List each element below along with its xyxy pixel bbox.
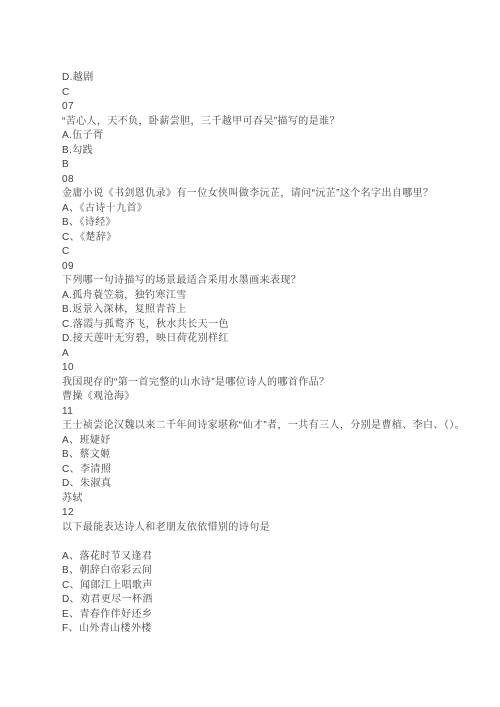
answer-line: A xyxy=(62,347,470,362)
question-number: 11 xyxy=(62,405,470,420)
option-line: B.勾践 xyxy=(62,144,470,159)
question-text: 以下最能表达诗人和老朋友依依惜别的诗句是 xyxy=(62,521,470,536)
question-text: 金庸小说《书剑恩仇录》有一位女侠叫做李沅芷，请问“沅芷”这个名字出自哪里？ xyxy=(62,187,470,202)
option-line: C、《楚辞》 xyxy=(62,231,470,246)
prev-question-option: D.越剧 xyxy=(62,71,470,86)
option-line: B、《诗经》 xyxy=(62,216,470,231)
question-text: 王士祯尝论汉魏以来二千年间诗家堪称“仙才”者，一共有三人，分别是曹植、李白、（）… xyxy=(62,419,470,434)
option-line: C、闻郎江上唱歌声 xyxy=(62,579,470,594)
option-line: A、《古诗十九首》 xyxy=(62,202,470,217)
option-line: D、劝君更尽一杯酒 xyxy=(62,593,470,608)
option-line: C.落霞与孤鹜齐飞，秋水共长天一色 xyxy=(62,318,470,333)
option-line: B、蔡文姬 xyxy=(62,448,470,463)
option-line: D.接天莲叶无穷碧，映日荷花别样红 xyxy=(62,332,470,347)
quiz-body: D.越剧C07“苦心人，天不负，卧薪尝胆，三千越甲可吞吴”描写的是谁？A.伍子胥… xyxy=(62,71,470,637)
option-line: B.返景入深林，复照青苔上 xyxy=(62,303,470,318)
document-page: { "document": { "background_color": "#ff… xyxy=(0,0,500,707)
question-number: 09 xyxy=(62,260,470,275)
option-line: C、李清照 xyxy=(62,463,470,478)
option-line: A.孤舟蓑笠翁，独钓寒江雪 xyxy=(62,289,470,304)
question-number: 12 xyxy=(62,506,470,521)
question-text: 我国现存的“第一首完整的山水诗”是哪位诗人的哪首作品？ xyxy=(62,376,470,391)
option-line: E、青春作伴好还乡 xyxy=(62,608,470,623)
option-line: A、班婕妤 xyxy=(62,434,470,449)
blank-line xyxy=(62,535,470,550)
question-number: 08 xyxy=(62,173,470,188)
question-text: “苦心人，天不负，卧薪尝胆，三千越甲可吞吴”描写的是谁？ xyxy=(62,115,470,130)
question-number: 10 xyxy=(62,361,470,376)
answer-line: 曹操《观沧海》 xyxy=(62,390,470,405)
option-line: F、山外青山楼外楼 xyxy=(62,622,470,637)
question-text: 下列哪一句诗描写的场景最适合采用水墨画来表现？ xyxy=(62,274,470,289)
answer-line: C xyxy=(62,245,470,260)
prev-question-answer: C xyxy=(62,86,470,101)
answer-line: 苏轼 xyxy=(62,492,470,507)
option-line: A、落花时节又逢君 xyxy=(62,550,470,565)
question-number: 07 xyxy=(62,100,470,115)
answer-line: B xyxy=(62,158,470,173)
option-line: A.伍子胥 xyxy=(62,129,470,144)
quiz-page: D.越剧C07“苦心人，天不负，卧薪尝胆，三千越甲可吞吴”描写的是谁？A.伍子胥… xyxy=(0,0,500,707)
option-line: D、朱淑真 xyxy=(62,477,470,492)
option-line: B、朝辞白帝彩云间 xyxy=(62,564,470,579)
